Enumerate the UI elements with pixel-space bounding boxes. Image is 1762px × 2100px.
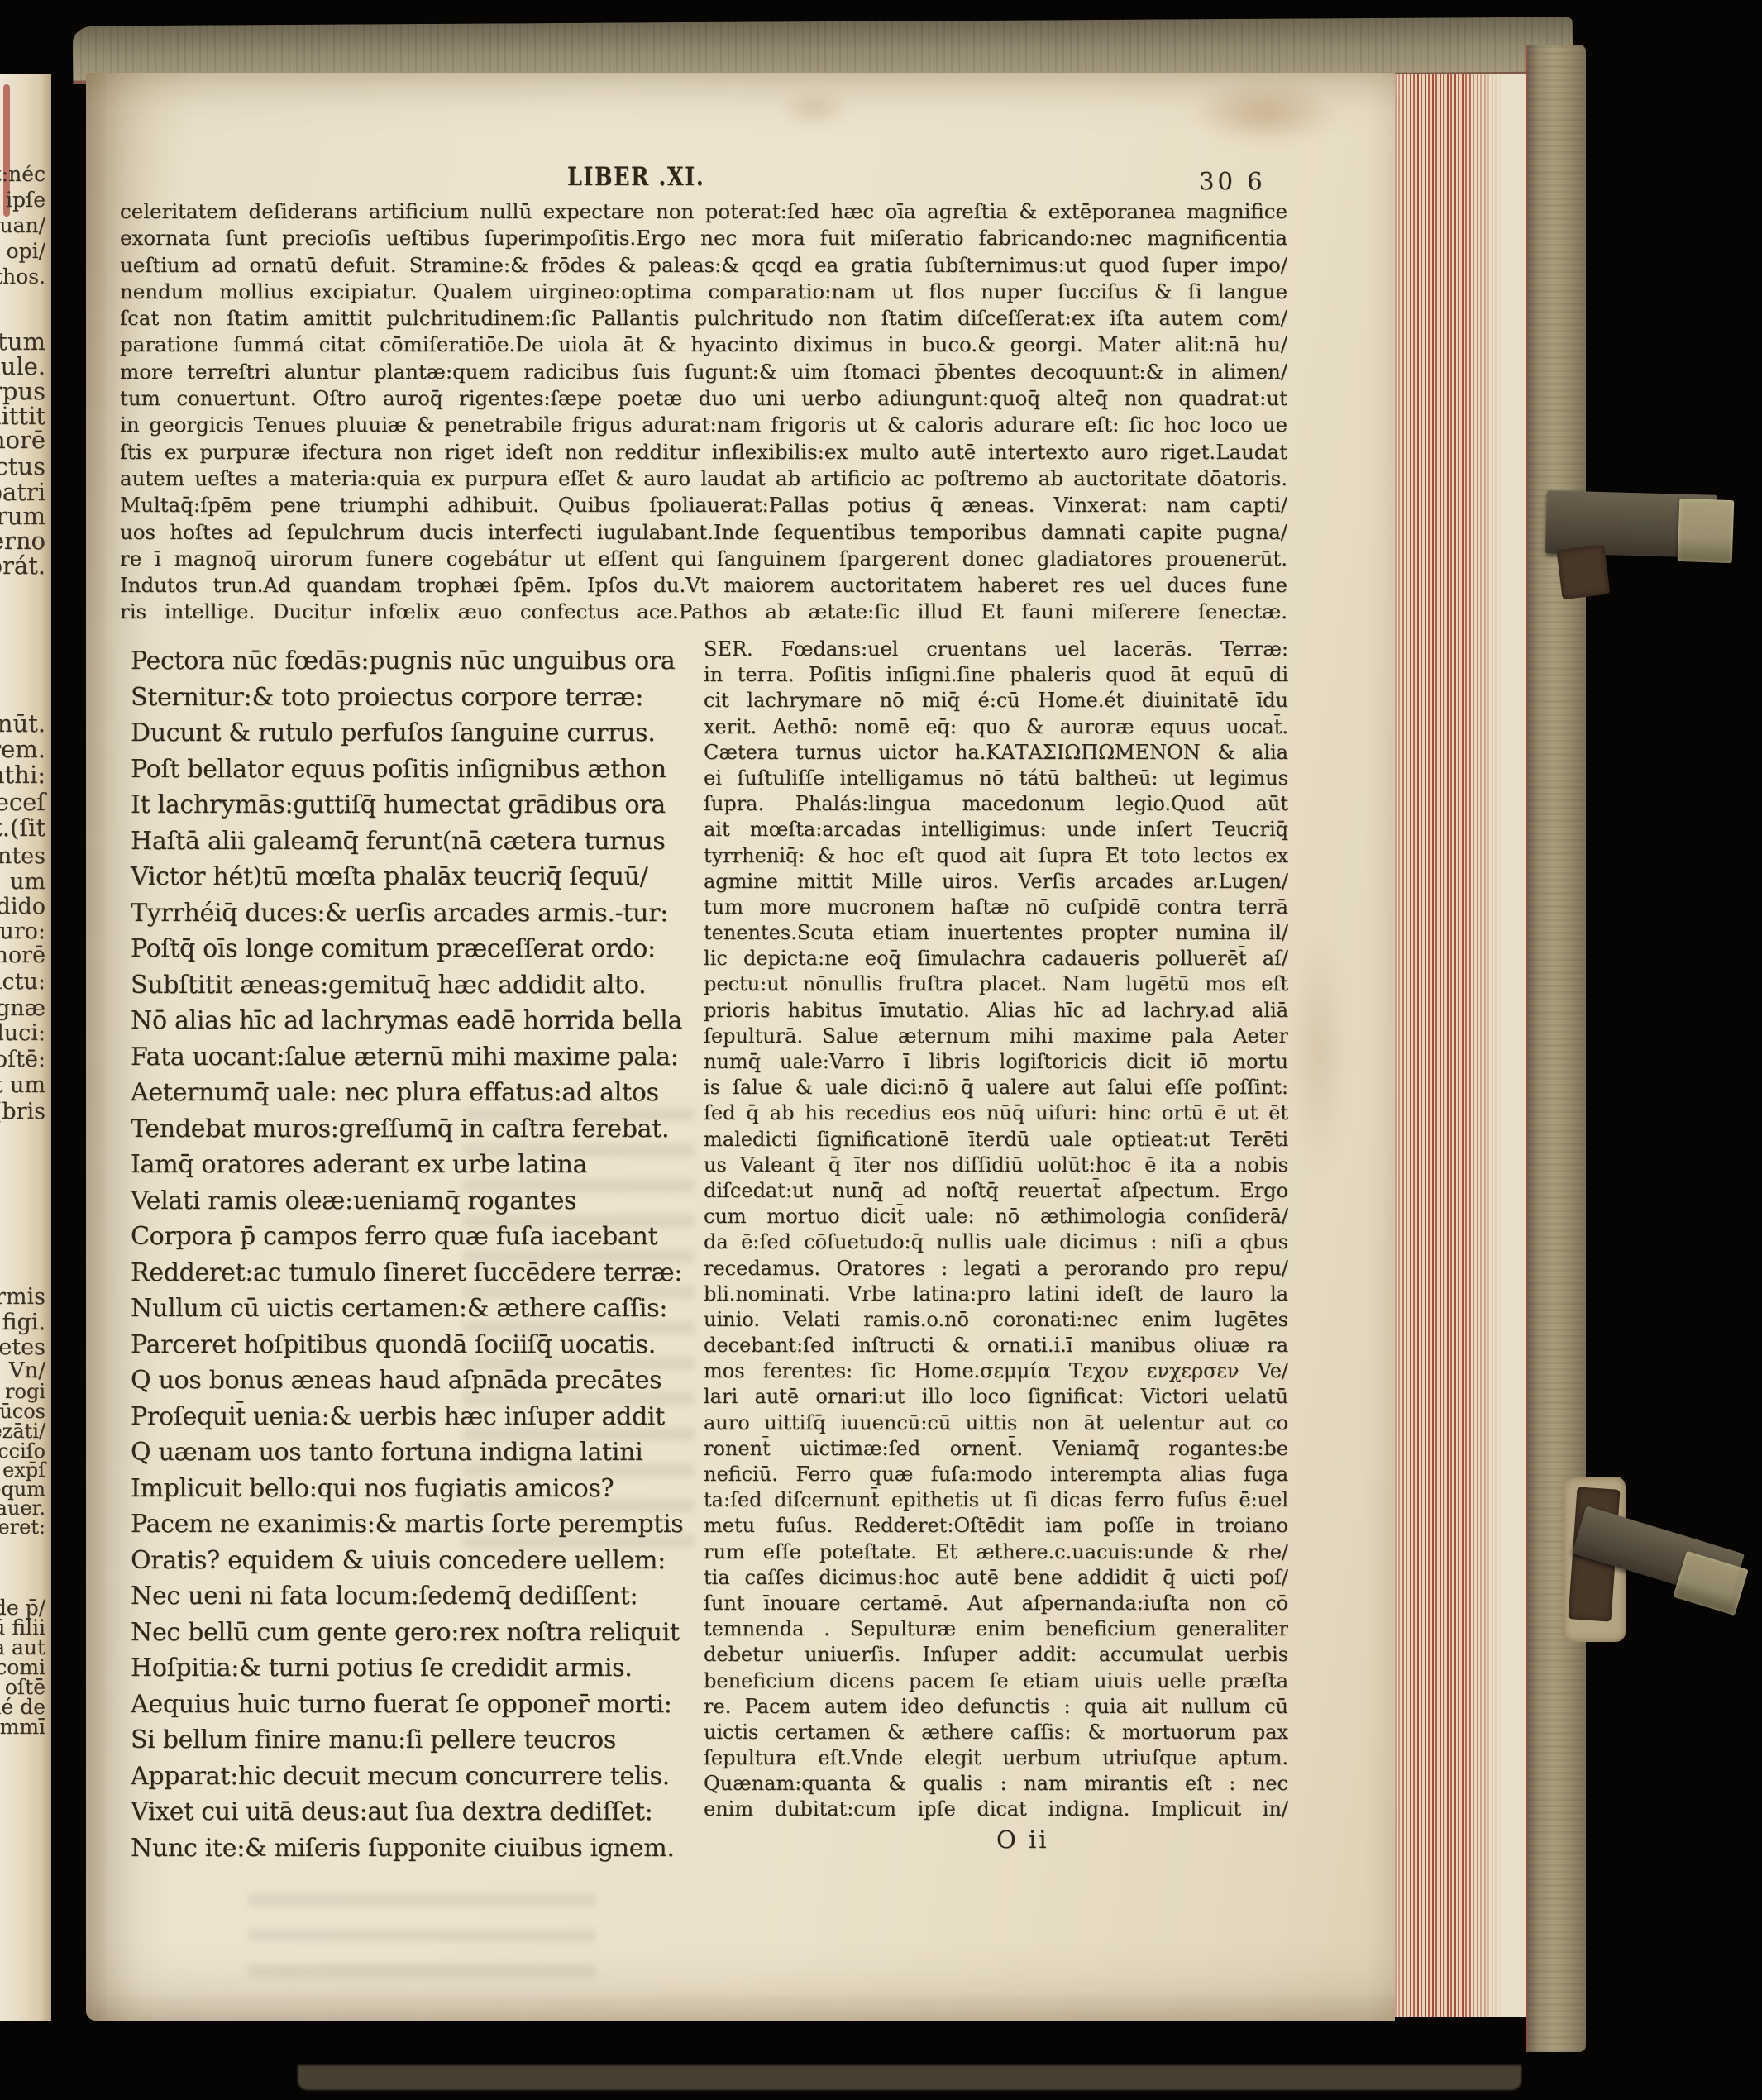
poem-column: Pectora nūc fœdās:pugnis nūc unguibus or… <box>131 643 709 1866</box>
commentary-line: tyrrheniq̄: & hoc eſt quod ait ſupra Et … <box>704 843 1288 869</box>
running-title: LIBER .XI. <box>567 162 704 192</box>
verse-line: Aequius huic turno fuerat ſe opponer̄ mo… <box>131 1687 709 1723</box>
commentary-line: da ē:ſed cōſuetudo:q̄ nullis uale dicimu… <box>704 1229 1288 1255</box>
fragment-line: perdis iule. <box>0 352 45 380</box>
commentary-line: decebant:ſed inſtructi & ornati.i.ī mani… <box>704 1333 1288 1358</box>
commentary-line: SER. Fœdans:uel cruentans uel lacerās. T… <box>704 637 1288 662</box>
gloss-line: Multaq̄:ſpēm pene triumphi adhibuit. Qui… <box>120 492 1287 518</box>
red-stained-fore-edge <box>1395 74 1526 2017</box>
fragment-line: ento ſummī <box>0 1715 45 1739</box>
fragment-line: hi quantum <box>0 327 45 356</box>
verse-line: Parceret hoſpitibus quondā ſociiſq̄ uoca… <box>131 1327 709 1363</box>
commentary-line: ei ſuſtuliſſe intelligamus nō tátū balth… <box>704 766 1288 791</box>
gloss-line: ſtis ex purpuræ ifectura non riget ideſt… <box>120 439 1287 465</box>
verse-line: Nō alias hīc ad lachrymas eadē horrida b… <box>131 1003 709 1039</box>
verse-line: Hoſpitia:& turni potius ſe credidit armi… <box>131 1650 709 1687</box>
verse-line: Haſtā alii galeamq̄ ferunt(nā cætera tur… <box>131 823 709 860</box>
gloss-line: ris intellige. Ducitur infœlix æuo confe… <box>120 599 1287 625</box>
commentary-line: enim dubitat:cum ipſe dicat indigna. Imp… <box>704 1797 1288 1822</box>
fragment-line: interimeret: <box>0 1515 45 1539</box>
commentary-line: in terra. Poſitis inſigni.ſine phaleris … <box>704 662 1288 688</box>
book-foot-edge <box>298 2065 1521 2090</box>
verse-line: Proſequit̄ uenia:& uerbis hæc inſuper ad… <box>131 1399 709 1435</box>
commentary-line: is ſalue & uale dici:nō q̄ ualere aut ſa… <box>704 1075 1288 1100</box>
fragment-line: corpus <box>0 377 45 405</box>
fragment-line: numbrát. <box>0 551 45 580</box>
paper-stain <box>1290 926 1348 1174</box>
gloss-line: uos hoſtes ad ſepulchrum ducis interfect… <box>120 519 1287 546</box>
verse-line: Victor hét)tū mœſta phalāx teucriq̄ ſequ… <box>131 859 709 895</box>
verse-line: Q uos bonus æneas haud aſpnāda precātes <box>131 1363 709 1399</box>
commentary-line: us Valeant q̄ īter nos diſſidiū uolūt:ho… <box>704 1153 1288 1178</box>
fragment-line: nia dido <box>0 894 45 919</box>
fragment-line: ne ponūt. <box>0 709 45 737</box>
commentary-line: ta:ſed diſcernunt̄ epithetis ut ſi dicas… <box>704 1487 1288 1513</box>
commentary-line: ſupra. Phalás:lingua macedonum legio.Quo… <box>704 791 1288 817</box>
fragment-line: orma receſ <box>0 788 45 816</box>
fragment-line: nictu: <box>0 969 45 995</box>
quire-signature: O ii <box>996 1826 1049 1854</box>
verse-line: Si bellum finire manu:ſi pellere teucros <box>131 1722 709 1759</box>
facing-page-text-fragments: ōpotuerit:néceratio q̄ & ipſem anxie eua… <box>0 0 48 2100</box>
commentary-line: lic depicta:ne eoq̄ ſimulachra cadaueris… <box>704 946 1288 971</box>
paper-stain <box>1191 79 1339 146</box>
commentary-line: recedamus. Oratores : legati a perorando… <box>704 1256 1288 1281</box>
commentary-line: maledicti ſignificationē īterdū uale opt… <box>704 1127 1288 1153</box>
commentary-line: temnenda . Sepulturæ enim beneficium gen… <box>704 1616 1288 1642</box>
verse-line: Oratis? equidem & uiuis concedere uellem… <box>131 1543 709 1579</box>
verse-line: Redderet:ac tumulo ſineret ſuccēdere ter… <box>131 1255 709 1291</box>
verse-line: Velati ramis oleæ:ueniamq̄ rogantes <box>131 1183 709 1219</box>
verse-line: Corpora p̄ campos ferro quæ fuſa iaceban… <box>131 1219 709 1255</box>
fragment-line: eretrum <box>0 502 45 530</box>
verse-line: Sternitur:& toto proiectus corpore terræ… <box>131 680 709 716</box>
verse-line: Nec ueni ni fata locum:ſedemq̄ dediſſent… <box>131 1578 709 1615</box>
commentary-line: debetur uniuerſis. Inſuper addit: accumu… <box>704 1642 1288 1668</box>
fragment-line: eratio q̄ & ipſe <box>0 188 45 212</box>
verse-line: It lachrymās:guttiſq̄ humectat grādibus … <box>131 787 709 823</box>
commentary-line: tum more mucronem haſtæ nō cuſpidē contr… <box>704 895 1288 920</box>
fragment-line: uerno <box>0 527 45 555</box>
commentary-line: Cætera turnus uictor ha.ΚΑΤΑΣΙΩΠΩΜΕΝΟΝ &… <box>704 740 1288 766</box>
upper-brass-clasp <box>1536 486 1743 618</box>
gloss-line: autem ueſtes a materia:quia ex purpura e… <box>120 465 1287 492</box>
commentary-line: ronent̄ uictimæ:ſed ornent̄. Veniamq̄ ro… <box>704 1436 1288 1462</box>
gloss-line: celeritatem deſiderans artificium nullū … <box>120 198 1287 225</box>
fragment-line: m anxie euan/ <box>0 213 45 237</box>
verse-line: Aeternumq̄ uale: nec plura effatus:ad al… <box>131 1075 709 1111</box>
gutter-fold <box>51 74 88 2021</box>
verse-line: Tyrrhéiq̄ duces:& uerſis arcades armis.-… <box>131 895 709 932</box>
commentary-line: beneficium dicens pacem ſe etiam uiuis u… <box>704 1668 1288 1694</box>
commentary-line: ſepulturā. Salue æternum mihi maxime pal… <box>704 1024 1288 1049</box>
fragment-line: a luctus <box>0 452 45 480</box>
fragment-line: ine duci: <box>0 1020 45 1046</box>
commentary-line: metu fuſus. Redderet:Oſtēdit iam poſſe i… <box>704 1513 1288 1539</box>
verse-line: Ducunt & rutulo perfuſos ſanguine currus… <box>131 715 709 752</box>
clasp-leather-remnant <box>1557 545 1611 600</box>
fragment-line: acinthi: <box>0 761 45 789</box>
parchment-cover-edge <box>1526 45 1586 2052</box>
fragment-line: ent̄ honorē <box>0 426 45 454</box>
commentary-line: uictis certamen & æthere caſſis: & mortu… <box>704 1720 1288 1745</box>
commentary-line: prioris habitus īmutatio. Alias hīc ad l… <box>704 998 1288 1024</box>
commentary-line: Quænam:quanta & qualis : nam mirantis eſ… <box>704 1771 1288 1797</box>
verse-line: Poſtq̄ oīs longe comitum præceſſerat ord… <box>131 931 709 967</box>
commentary-line: cum mortuo dicit̄ uale: nō æthimologia c… <box>704 1204 1288 1229</box>
commentary-line: bli.nominati. Vrbe latina:pro latini ide… <box>704 1281 1288 1307</box>
verse-line: Iamq̄ oratores aderant ex urbe latina <box>131 1147 709 1183</box>
commentary-line: auro uittiſq̄ iuuencū:cū uittis non āt u… <box>704 1410 1288 1436</box>
commentary-line: lari autē ornari:ut illo loco ſignificat… <box>704 1384 1288 1410</box>
ink-show-through <box>248 1893 595 1993</box>
verse-line: Q uænam uos tanto fortuna indigna latini <box>131 1434 709 1471</box>
verse-line: Poſt bellator equus poſitis inſignibus æ… <box>131 752 709 788</box>
commentary-line: agmine mittit Mille uiros. Verſis arcade… <box>704 869 1288 895</box>
verse-line: Nunc ite:& miſeris ſupponite ciuibus ign… <box>131 1830 709 1867</box>
verse-line: Implicuit bello:qui nos fugiatis amicos? <box>131 1471 709 1507</box>
commentary-line: neficiū. Ferro quæ fuſa:modo interempta … <box>704 1462 1288 1487</box>
verse-line: Tendebat muros:greſſumq̄ in caſtra fereb… <box>131 1111 709 1148</box>
verse-line: Pectora nūc fœdās:pugnis nūc unguibus or… <box>131 643 709 680</box>
fragment-line: ce florem. <box>0 735 45 763</box>
verse-line: Nullum cū uictis certamen:& æthere caſſi… <box>131 1291 709 1327</box>
commentary-line: ſepultura eſt.Vnde elegit uerbum utriuſq… <box>704 1745 1288 1771</box>
fragment-line: us armis <box>0 1284 45 1310</box>
fragment-line: figi. <box>2 1310 45 1335</box>
gloss-line: Indutos trun.Ad quandam trophæi ſpēm. Ip… <box>120 572 1287 599</box>
gloss-line: ueſtium ad ornatū defuit. Stramine:& frō… <box>120 252 1287 279</box>
commentary-line: uinio. Velati ramis.o.nō coronati:nec en… <box>704 1307 1288 1333</box>
commentary-line: tenentes.Scuta etiam inuertentes propter… <box>704 920 1288 946</box>
gloss-line: re ī magnoq̄ uirorum funere cogebátur ut… <box>120 546 1287 572</box>
fragment-line: nus a nr̄a opi/ <box>0 239 45 263</box>
gloss-line: ſcat non ſtatim amittit pulchritudinem:ſ… <box>120 305 1287 332</box>
verse-line: Apparat:hic decuit mecum concurrere teli… <box>131 1759 709 1795</box>
commentary-line: diſcedat:ut nunq̄ ad noſtq̄ reuertat̄ aſ… <box>704 1178 1288 1204</box>
commentary-line: mos ferentes: ſic Home.σεμμία Τεχον ενχε… <box>704 1358 1288 1384</box>
commentary-line: ſed q̄ ab his recedius eos nūq̄ uiſuri: … <box>704 1100 1288 1126</box>
gloss-paragraph: celeritatem deſiderans artificium nullū … <box>120 198 1287 626</box>
gloss-line: paratione ſummá citat cōmiſeratiōe.De ui… <box>120 332 1287 358</box>
fragment-line: um <box>10 869 45 895</box>
gloss-line: nendum mollius excipiatur. Qualem uirgin… <box>120 279 1287 305</box>
verse-line: Fata uocant:ſalue æternū mihi maxime pal… <box>131 1039 709 1076</box>
paper-stain <box>777 89 852 127</box>
fragment-line: mitteret um <box>0 1072 45 1098</box>
fragment-line: auro: <box>0 919 45 944</box>
commentary-line: cit lachrymare nō miq̄ é:cū Home.ét diui… <box>704 688 1288 714</box>
commentary-line: re. Pacem autem ideo defunctis : quia ai… <box>704 1694 1288 1720</box>
lower-brass-clasp <box>1540 1462 1755 1660</box>
fragment-line: etes <box>0 1334 45 1360</box>
gloss-line: exornata ſunt precioſis ueſtibus ſuperim… <box>120 225 1287 251</box>
commentary-line: ſunt īnouare certamē. Aut aſpernanda:iuſ… <box>704 1591 1288 1616</box>
verse-line: Nec bellū cum gente gero:rex noſtra reli… <box>131 1615 709 1651</box>
fragment-line: iniſtrat.(ſit <box>0 814 45 842</box>
book-photograph: LIBER .XI. 30 6 celeritatem deſiderans a… <box>0 0 1762 2100</box>
gloss-line: tum conuertunt. Oſtro auroq̄ rigentes:ſæ… <box>120 385 1287 412</box>
commentary-line: numq̄ uale:Varro ī libris logiſtoricis d… <box>704 1049 1288 1075</box>
commentary-line: xerit. Aethō: nomē eq̄: quo & auroræ equ… <box>704 714 1288 740</box>
fragment-line: āmā: (bris <box>0 1099 45 1124</box>
fragment-line: erat hoſtē: <box>0 1047 45 1072</box>
folio-number: 30 6 <box>1199 167 1266 195</box>
verse-line: Pacem ne exanimis:& martis ſorte perempt… <box>131 1506 709 1543</box>
fragment-line: pugnæ <box>0 995 45 1021</box>
gloss-line: in georgicis Tenues pluuiæ & penetrabile… <box>120 412 1287 438</box>
verse-line: Vixet cui uitā deus:aut ſua dextra dediſ… <box>131 1794 709 1830</box>
clasp-tip <box>1678 499 1735 563</box>
commentary-line: ait mœſta:arcadas intelligimus: unde inſ… <box>704 817 1288 842</box>
fragment-line: nouet pathos. <box>0 265 45 289</box>
fragment-line: tus honorē <box>0 943 45 968</box>
commentary-line: tia caſſes dicimus:hoc autē bene addidit… <box>704 1565 1288 1591</box>
verse-line: Subſtitit æneas:gemituq̄ hæc addidit alt… <box>131 967 709 1004</box>
commentary-column: SER. Fœdans:uel cruentans uel lacerās. T… <box>704 637 1288 1823</box>
fragment-line: oq̄ rigentes <box>0 843 45 869</box>
commentary-line: rum eſſe poteſtate. Et æthere.c.uacuis:u… <box>704 1539 1288 1565</box>
gloss-line: more terreſtri aluntur plantæ:quem radic… <box>120 359 1287 385</box>
fragment-line: ōpotuerit:néc <box>0 162 45 186</box>
commentary-line: pectu:ut nōnullis fruſtra placet. Nam lu… <box>704 971 1288 997</box>
